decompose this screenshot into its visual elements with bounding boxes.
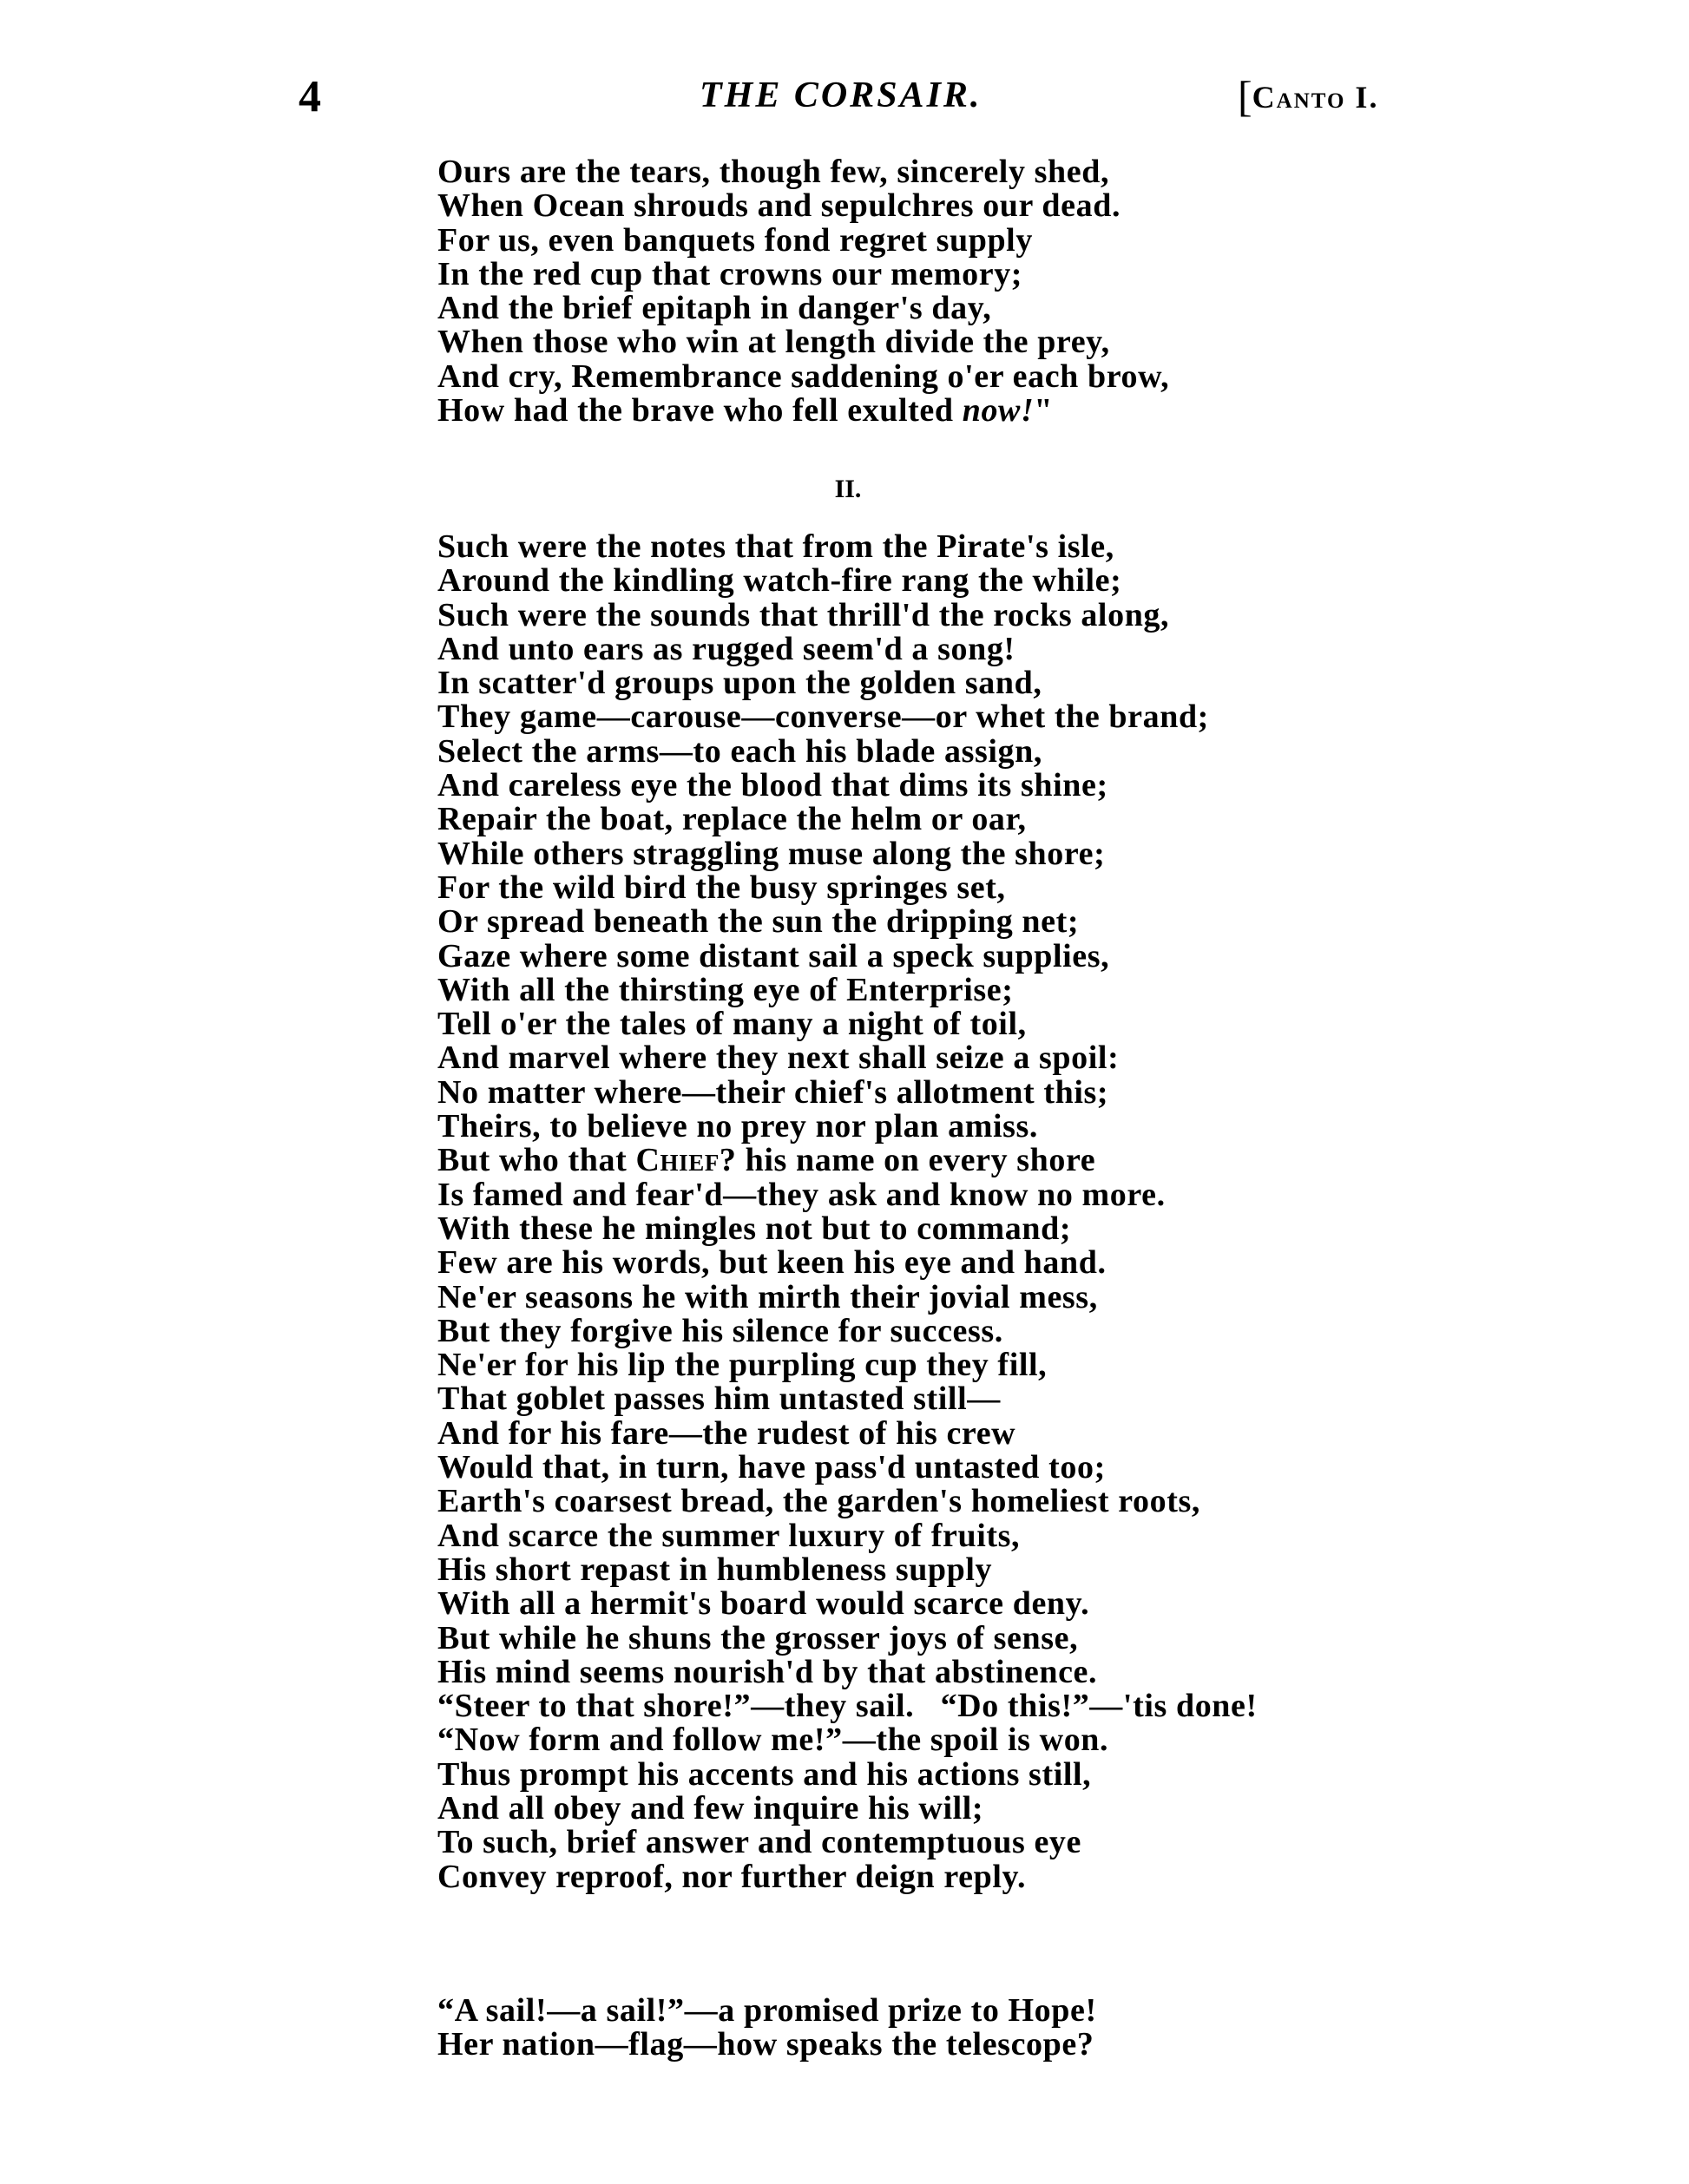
verse-line: And unto ears as rugged seem'd a song!: [437, 633, 1258, 666]
verse-line: Theirs, to believe no prey nor plan amis…: [437, 1110, 1258, 1144]
italic-emphasis: now!: [963, 392, 1035, 429]
verse-line: Ne'er seasons he with mirth their jovial…: [437, 1281, 1258, 1315]
verse-line: And all obey and few inquire his will;: [437, 1792, 1258, 1826]
verse-line: Gaze where some distant sail a speck sup…: [437, 940, 1258, 974]
verse-line: Convey reproof, nor further deign reply.: [437, 1860, 1258, 1894]
verse-line: No matter where—their chief's allotment …: [437, 1076, 1258, 1110]
verse-text: ? his name on every shore: [720, 1142, 1095, 1178]
verse-line: With all a hermit's board would scarce d…: [437, 1587, 1258, 1621]
stanza-2: Such were the notes that from the Pirate…: [437, 530, 1258, 1894]
stanza-1: Ours are the tears, though few, sincerel…: [437, 155, 1169, 428]
verse-line: Is famed and fear'd—they ask and know no…: [437, 1178, 1258, 1212]
verse-line: His mind seems nourish'd by that abstine…: [437, 1656, 1258, 1689]
verse-line: “Steer to that shore!”—they sail. “Do th…: [437, 1689, 1258, 1723]
verse-line: Thus prompt his accents and his actions …: [437, 1758, 1258, 1792]
verse-line: And for his fare—the rudest of his crew: [437, 1417, 1258, 1451]
canto-bracket: [: [1238, 72, 1252, 121]
verse-line: Ours are the tears, though few, sincerel…: [437, 155, 1169, 189]
verse-text: How had the brave who fell exulted: [437, 392, 963, 429]
verse-line: Ne'er for his lip the purpling cup they …: [437, 1348, 1258, 1382]
section-number: II.: [816, 475, 880, 503]
verse-line: With all the thirsting eye of Enterprise…: [437, 974, 1258, 1007]
verse-line: Such were the notes that from the Pirate…: [437, 530, 1258, 564]
verse-line: His short repast in humbleness supply: [437, 1553, 1258, 1587]
verse-line: And marvel where they next shall seize a…: [437, 1041, 1258, 1075]
canto-reference: [Canto I.: [1238, 76, 1378, 117]
verse-line: “Now form and follow me!”—the spoil is w…: [437, 1723, 1258, 1757]
verse-line: And scarce the summer luxury of fruits,: [437, 1519, 1258, 1553]
verse-line: Would that, in turn, have pass'd untaste…: [437, 1451, 1258, 1485]
verse-line: But who that Chief? his name on every sh…: [437, 1144, 1258, 1177]
verse-line: That goblet passes him untasted still—: [437, 1382, 1258, 1416]
running-title: THE CORSAIR.: [700, 76, 1005, 115]
verse-line: Around the kindling watch-fire rang the …: [437, 564, 1258, 598]
verse-line: While others straggling muse along the s…: [437, 837, 1258, 871]
stanza-3: “A sail!—a sail!”—a promised prize to Ho…: [437, 1994, 1097, 2063]
verse-line: Select the arms—to each his blade assign…: [437, 735, 1258, 769]
closing-quote: ": [1034, 392, 1053, 429]
verse-line: Earth's coarsest bread, the garden's hom…: [437, 1485, 1258, 1518]
verse-line: In the red cup that crowns our memory;: [437, 258, 1169, 292]
verse-line: Or spread beneath the sun the dripping n…: [437, 905, 1258, 939]
verse-line: And cry, Remembrance saddening o'er each…: [437, 360, 1169, 394]
verse-line: When those who win at length divide the …: [437, 325, 1169, 359]
verse-line: Her nation—flag—how speaks the telescope…: [437, 2028, 1097, 2062]
verse-line: And the brief epitaph in danger's day,: [437, 292, 1169, 325]
verse-line: Tell o'er the tales of many a night of t…: [437, 1007, 1258, 1041]
verse-line: Few are his words, but keen his eye and …: [437, 1246, 1258, 1280]
chief-smallcaps: Chief: [635, 1142, 719, 1178]
verse-line: But while he shuns the grosser joys of s…: [437, 1622, 1258, 1656]
verse-line: For us, even banquets fond regret supply: [437, 224, 1169, 258]
book-page: 4 THE CORSAIR. [Canto I. Ours are the te…: [0, 0, 1689, 2184]
verse-line: But they forgive his silence for success…: [437, 1315, 1258, 1348]
verse-line: To such, brief answer and contemptuous e…: [437, 1826, 1258, 1859]
verse-text: But who that: [437, 1142, 635, 1178]
verse-line: Repair the boat, replace the helm or oar…: [437, 803, 1258, 836]
verse-line: Such were the sounds that thrill'd the r…: [437, 599, 1258, 633]
verse-line: “A sail!—a sail!”—a promised prize to Ho…: [437, 1994, 1097, 2028]
verse-line: With these he mingles not but to command…: [437, 1212, 1258, 1246]
verse-line: When Ocean shrouds and sepulchres our de…: [437, 189, 1169, 223]
verse-line: How had the brave who fell exulted now!": [437, 394, 1169, 428]
verse-line: And careless eye the blood that dims its…: [437, 769, 1258, 803]
verse-line: In scatter'd groups upon the golden sand…: [437, 666, 1258, 700]
verse-line: For the wild bird the busy springes set,: [437, 871, 1258, 905]
page-number: 4: [299, 75, 321, 120]
canto-label: Canto I.: [1252, 80, 1379, 115]
verse-line: They game—carouse—converse—or whet the b…: [437, 700, 1258, 734]
